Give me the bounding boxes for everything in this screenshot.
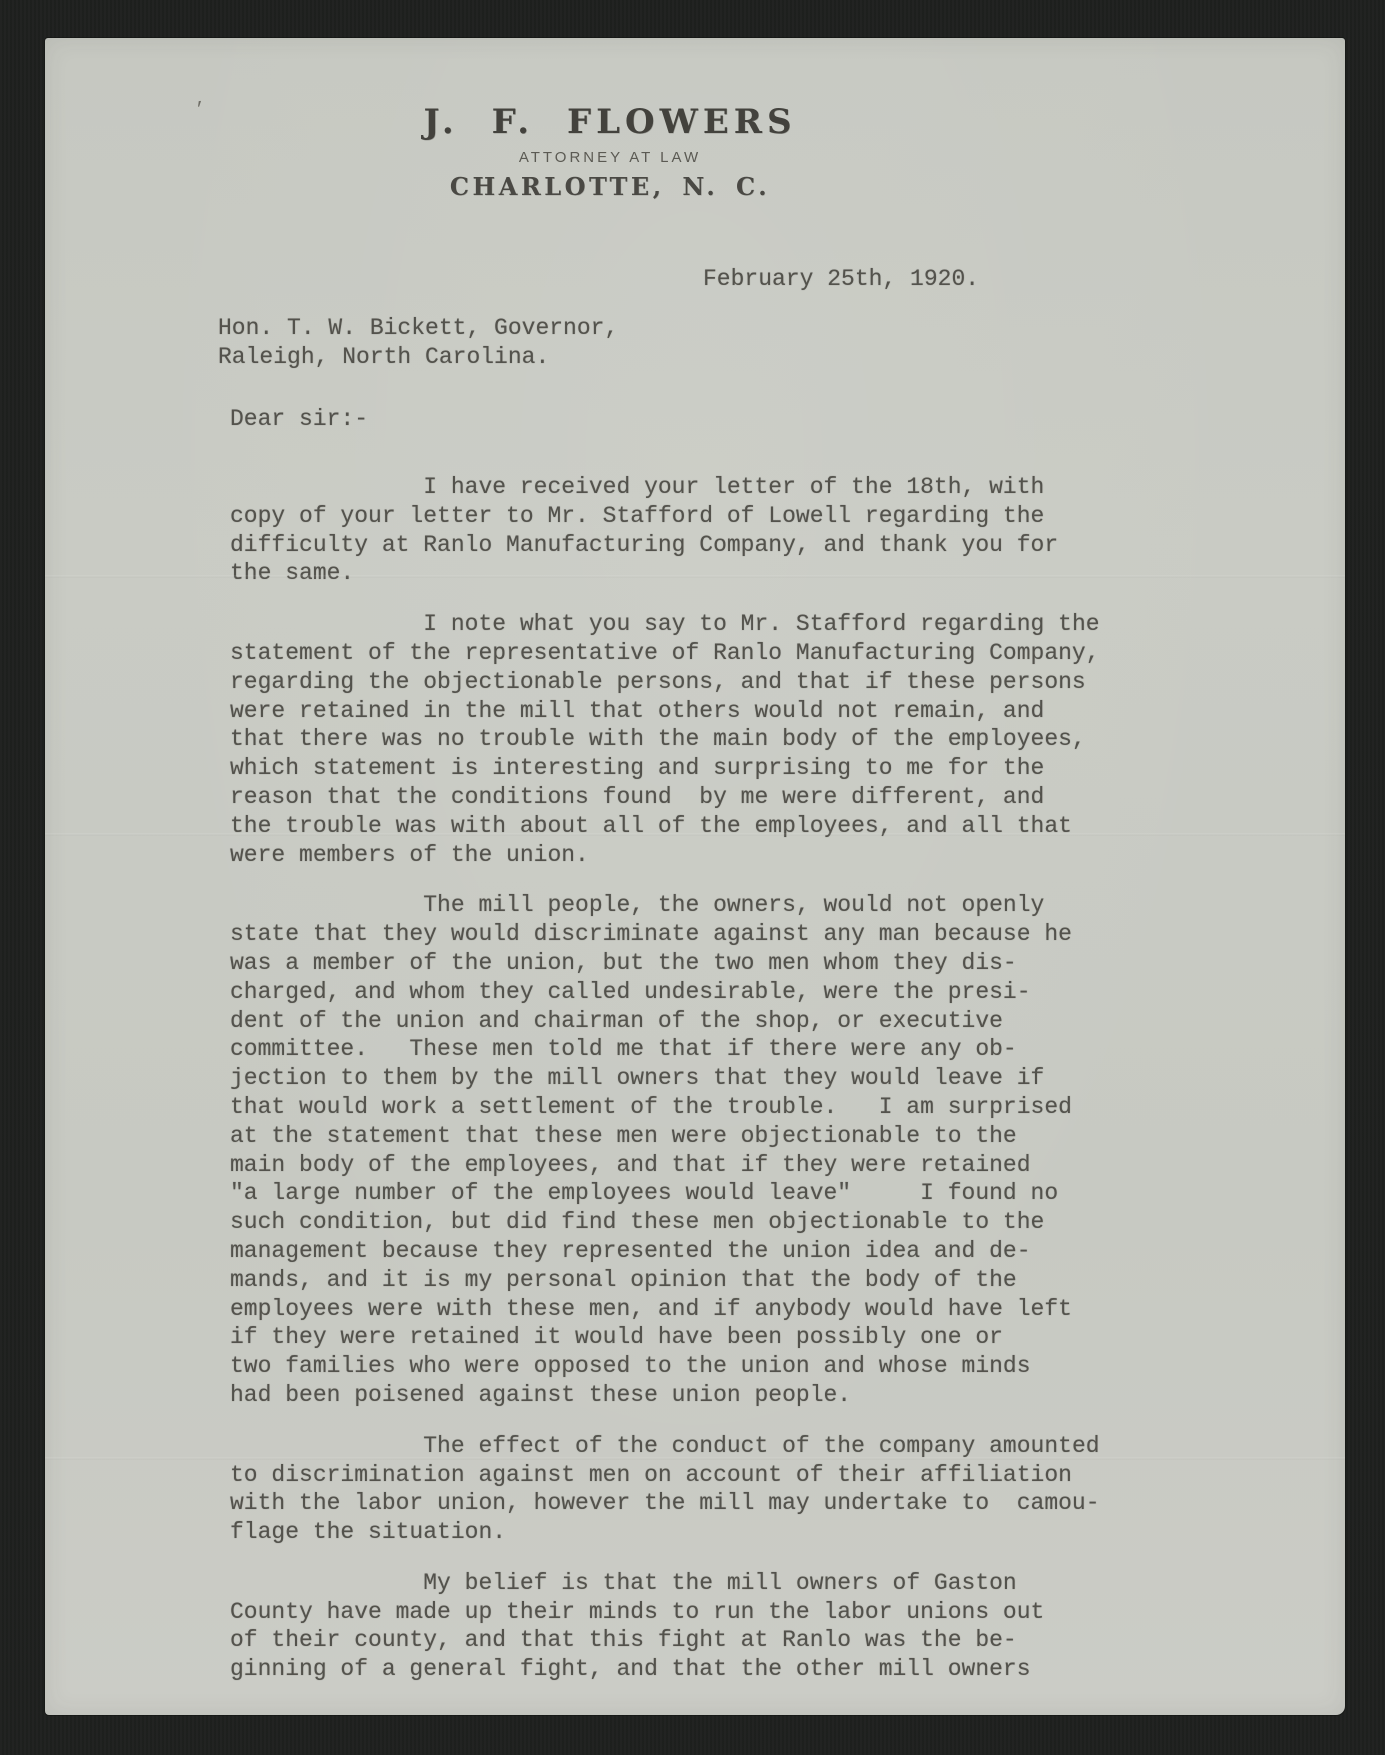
letterhead-city: CHARLOTTE, N. C. — [45, 172, 1175, 201]
letter-body: I have received your letter of the 18th,… — [230, 473, 1150, 1684]
paragraph-1: I have received your letter of the 18th,… — [230, 473, 1150, 588]
letter-date: February 25th, 1920. — [703, 265, 979, 294]
paragraph-3: The mill people, the owners, would not o… — [230, 891, 1150, 1409]
letterhead-role: ATTORNEY AT LAW — [45, 149, 1175, 166]
scanned-letter-paper: ’ J. F. FLOWERS ATTORNEY AT LAW CHARLOTT… — [45, 38, 1345, 1715]
letterhead-name: J. F. FLOWERS — [45, 102, 1175, 142]
paragraph-4: The effect of the conduct of the company… — [230, 1432, 1150, 1547]
letterhead: J. F. FLOWERS ATTORNEY AT LAW CHARLOTTE,… — [45, 102, 1175, 201]
recipient-address: Hon. T. W. Bickett, Governor, Raleigh, N… — [218, 314, 618, 372]
salutation: Dear sir:- — [230, 405, 368, 434]
paragraph-5: My belief is that the mill owners of Gas… — [230, 1569, 1150, 1684]
paragraph-2: I note what you say to Mr. Stafford rega… — [230, 610, 1150, 869]
